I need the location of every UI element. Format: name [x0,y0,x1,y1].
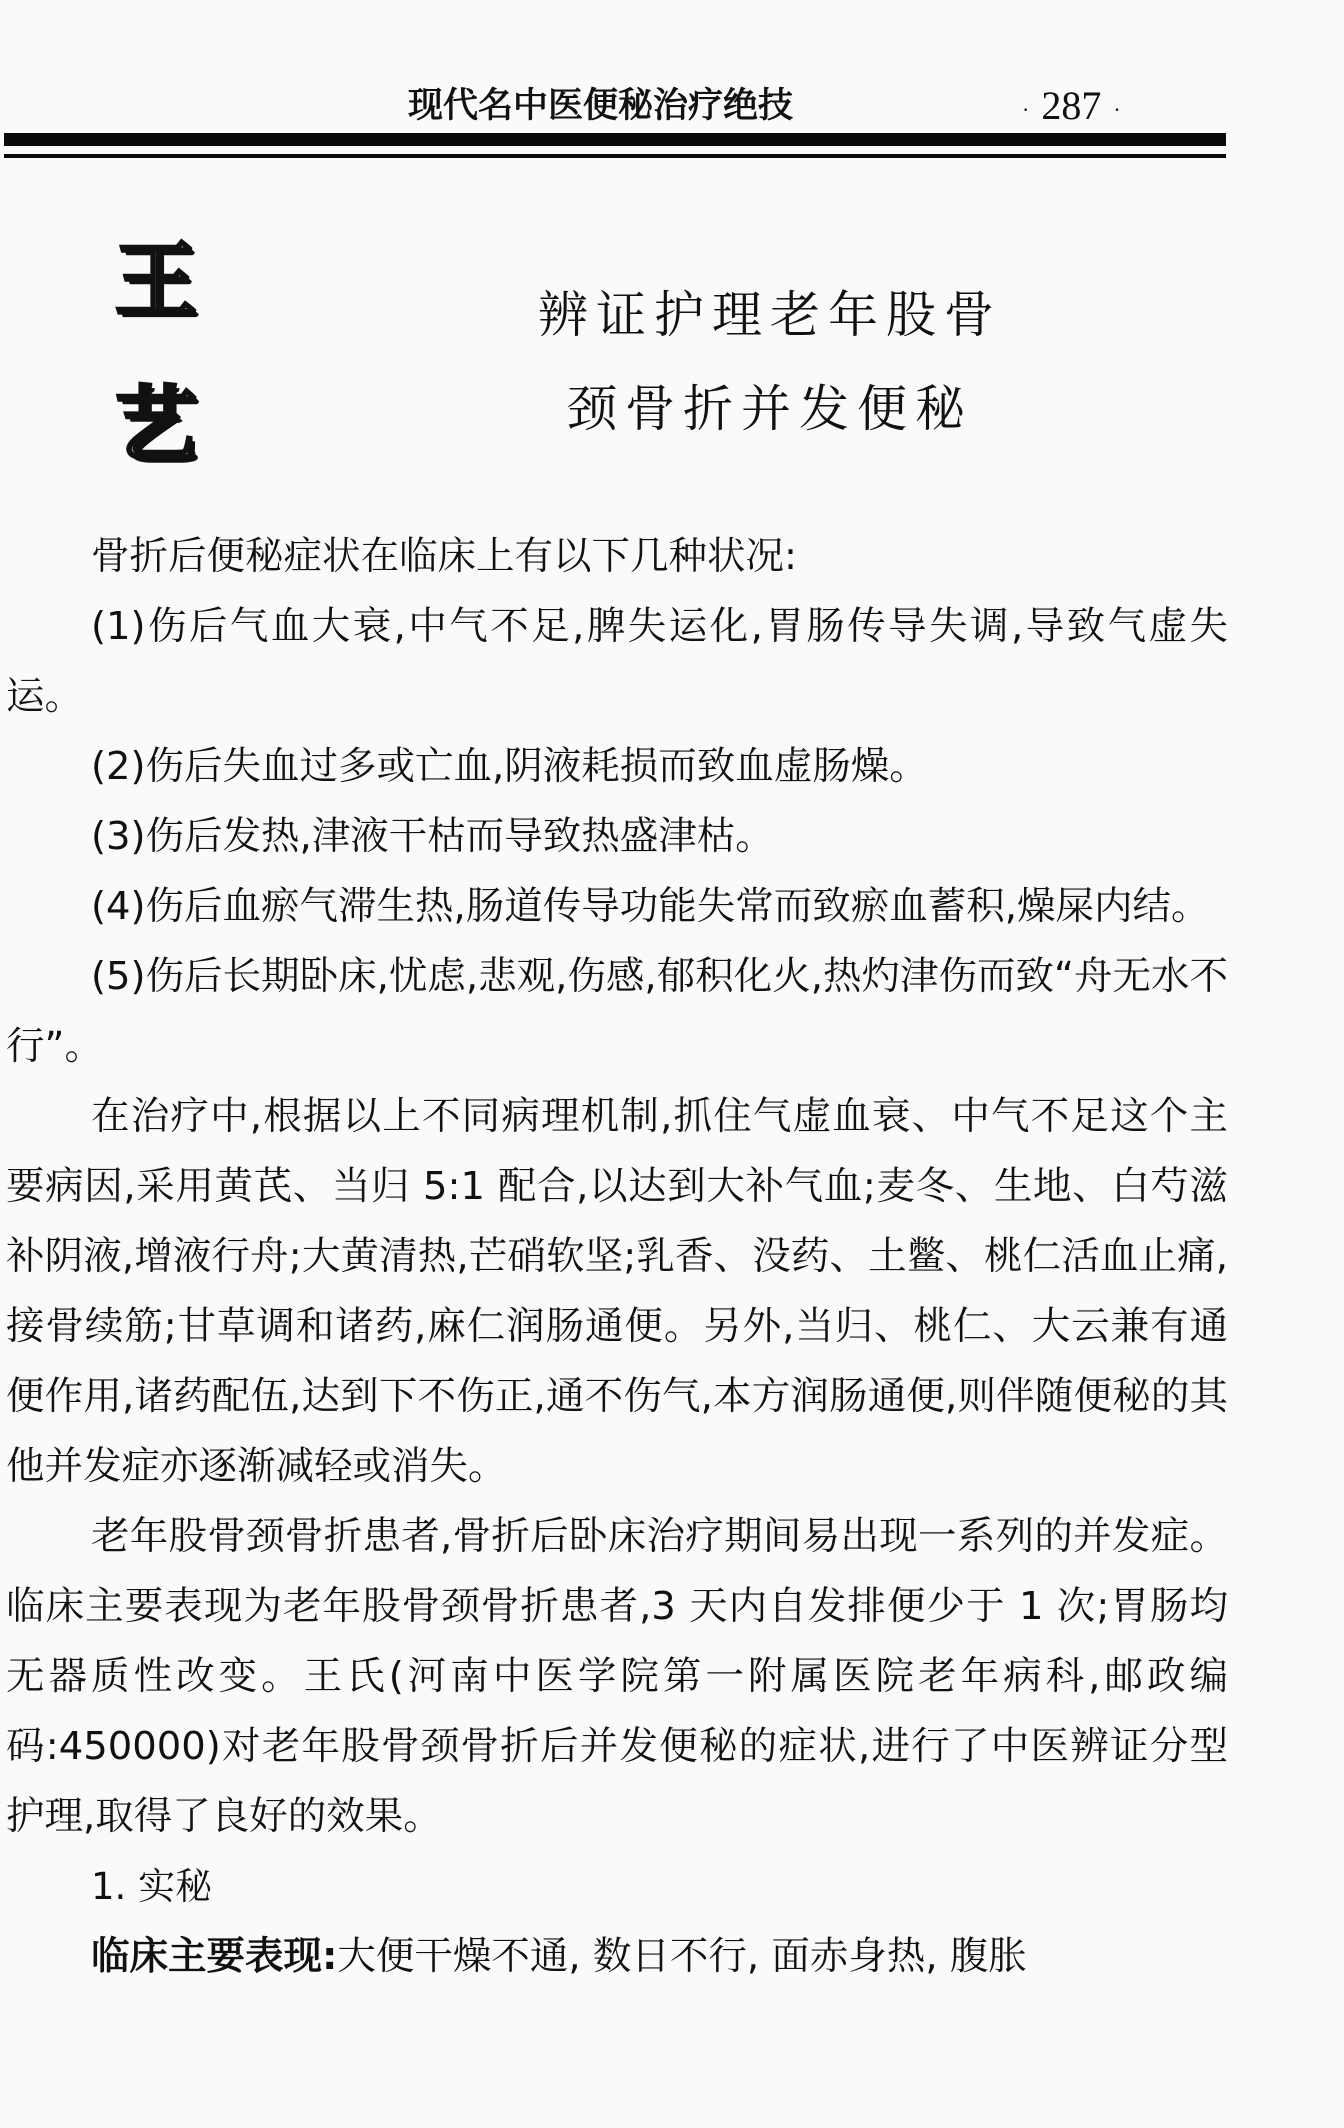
author-name-char: 艺 [96,380,216,470]
paragraph: 在治疗中,根据以上不同病理机制,抓住气虚血衰、中气不足这个主要病因,采用黄芪、当… [6,1082,1228,1502]
header-rule-thick [4,133,1226,146]
book-title: 现代名中医便秘治疗绝技 [408,84,793,128]
author-name-char: 王 [96,236,216,326]
article-title-line: 辨证护理老年股骨 [500,268,1040,362]
header-rule-thin [4,154,1226,158]
article-title-line: 颈骨折并发便秘 [500,362,1040,456]
paragraph: 老年股骨颈骨折患者,骨折后卧床治疗期间易出现一系列的并发症。临床主要表现为老年股… [6,1502,1228,1852]
paragraph: 骨折后便秘症状在临床上有以下几种状况: [6,522,1228,592]
paragraph: (5)伤后长期卧床,忧虑,悲观,伤感,郁积化火,热灼津伤而致“舟无水不行”。 [6,942,1228,1082]
paragraph: (2)伤后失血过多或亡血,阴液耗损而致血虚肠燥。 [6,732,1228,802]
page-number-block: ·287· [1010,84,1133,132]
clinical-text: 大便干燥不通, 数日不行, 面赤身热, 腹胀 [337,1934,1026,1979]
page-number: 287 [1041,83,1101,128]
article-title: 辨证护理老年股骨 颈骨折并发便秘 [500,268,1040,456]
paragraph: (4)伤后血瘀气滞生热,肠道传导功能失常而致瘀血蓄积,燥屎内结。 [6,872,1228,942]
dot-right: · [1101,97,1132,122]
clinical-label: 临床主要表现: [91,1934,337,1979]
paragraph: (1)伤后气血大衰,中气不足,脾失运化,胃肠传导失调,导致气虚失运。 [6,592,1228,732]
dot-left: · [1010,97,1041,122]
clinical-paragraph: 临床主要表现:大便干燥不通, 数日不行, 面赤身热, 腹胀 [6,1922,1228,1992]
section-heading: 1. 实秘 [6,1852,1228,1922]
article-body: 骨折后便秘症状在临床上有以下几种状况: (1)伤后气血大衰,中气不足,脾失运化,… [6,522,1228,1992]
paragraph: (3)伤后发热,津液干枯而导致热盛津枯。 [6,802,1228,872]
running-header: 现代名中医便秘治疗绝技 ·287· [0,84,1230,128]
